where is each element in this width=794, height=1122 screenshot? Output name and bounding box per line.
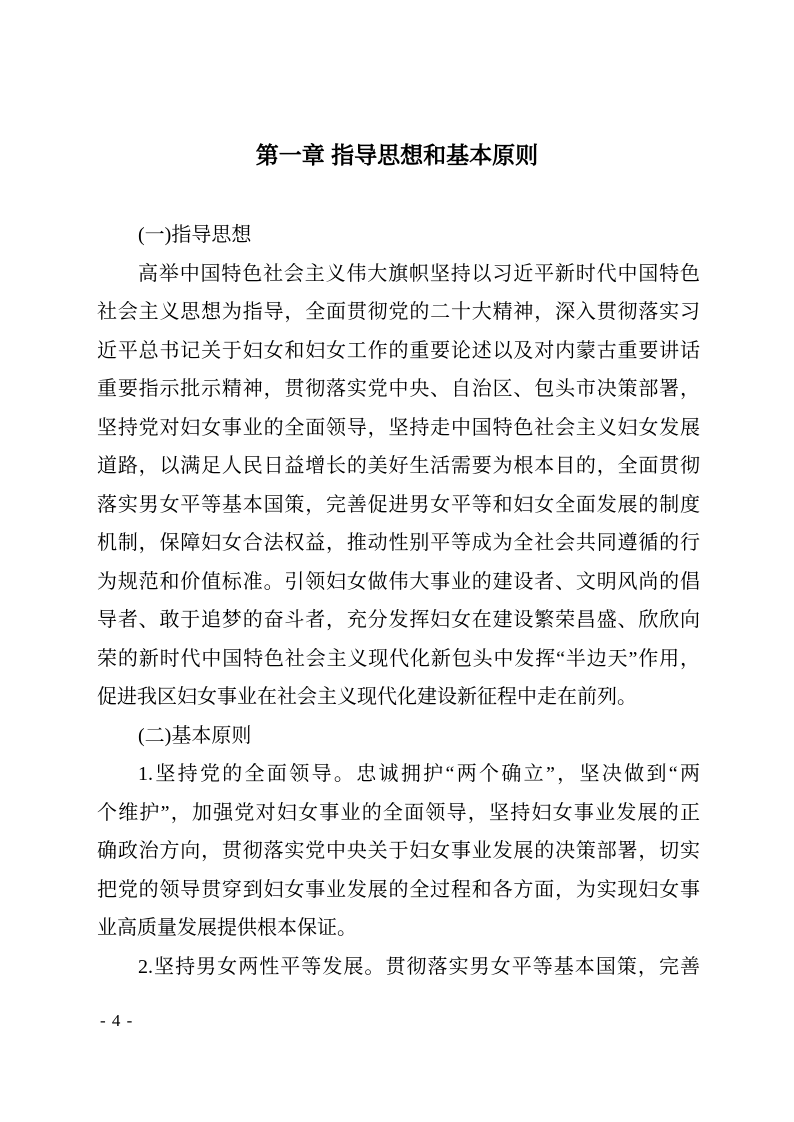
text-line: 荣的新时代中国特色社会主义现代化新包头中发挥“半边天”作用，: [97, 640, 700, 679]
text-line: 导者、敢于追梦的奋斗者，充分发挥妇女在建设繁荣昌盛、欣欣向: [97, 601, 700, 640]
section-heading-2: (二)基本原则: [97, 717, 700, 756]
chapter-title: 第一章 指导思想和基本原则: [0, 141, 794, 169]
text-line: 近平总书记关于妇女和妇女工作的重要论述以及对内蒙古重要讲话: [97, 332, 700, 371]
section-heading-1: (一)指导思想: [97, 216, 700, 255]
text-line: 2.坚持男女两性平等发展。贯彻落实男女平等基本国策，完善: [97, 948, 700, 987]
text-line: 道路，以满足人民日益增长的美好生活需要为根本目的，全面贯彻: [97, 447, 700, 486]
text-line: 1.坚持党的全面领导。忠诚拥护“两个确立”，坚决做到“两: [97, 755, 700, 794]
document-body: (一)指导思想 高举中国特色社会主义伟大旗帜坚持以习近平新时代中国特色 社会主义…: [97, 216, 700, 986]
text-line: 重要指示批示精神，贯彻落实党中央、自治区、包头市决策部署，: [97, 370, 700, 409]
text-line: 坚持党对妇女事业的全面领导，坚持走中国特色社会主义妇女发展: [97, 409, 700, 448]
text-line: 机制，保障妇女合法权益，推动性别平等成为全社会共同遵循的行: [97, 524, 700, 563]
text-line: 把党的领导贯穿到妇女事业发展的全过程和各方面，为实现妇女事: [97, 871, 700, 910]
page-number: - 4 -: [100, 1010, 133, 1032]
text-line: 为规范和价值标准。引领妇女做伟大事业的建设者、文明风尚的倡: [97, 563, 700, 602]
document-page: 第一章 指导思想和基本原则 (一)指导思想 高举中国特色社会主义伟大旗帜坚持以习…: [0, 0, 794, 1122]
text-line: 个维护”，加强党对妇女事业的全面领导，坚持妇女事业发展的正: [97, 794, 700, 833]
text-line: 促进我区妇女事业在社会主义现代化建设新征程中走在前列。: [97, 678, 700, 717]
text-line: 落实男女平等基本国策，完善促进男女平等和妇女全面发展的制度: [97, 486, 700, 525]
text-line: 高举中国特色社会主义伟大旗帜坚持以习近平新时代中国特色: [97, 255, 700, 294]
text-line: 确政治方向，贯彻落实党中央关于妇女事业发展的决策部署，切实: [97, 832, 700, 871]
text-line: 业高质量发展提供根本保证。: [97, 909, 700, 948]
text-line: 社会主义思想为指导，全面贯彻党的二十大精神，深入贯彻落实习: [97, 293, 700, 332]
